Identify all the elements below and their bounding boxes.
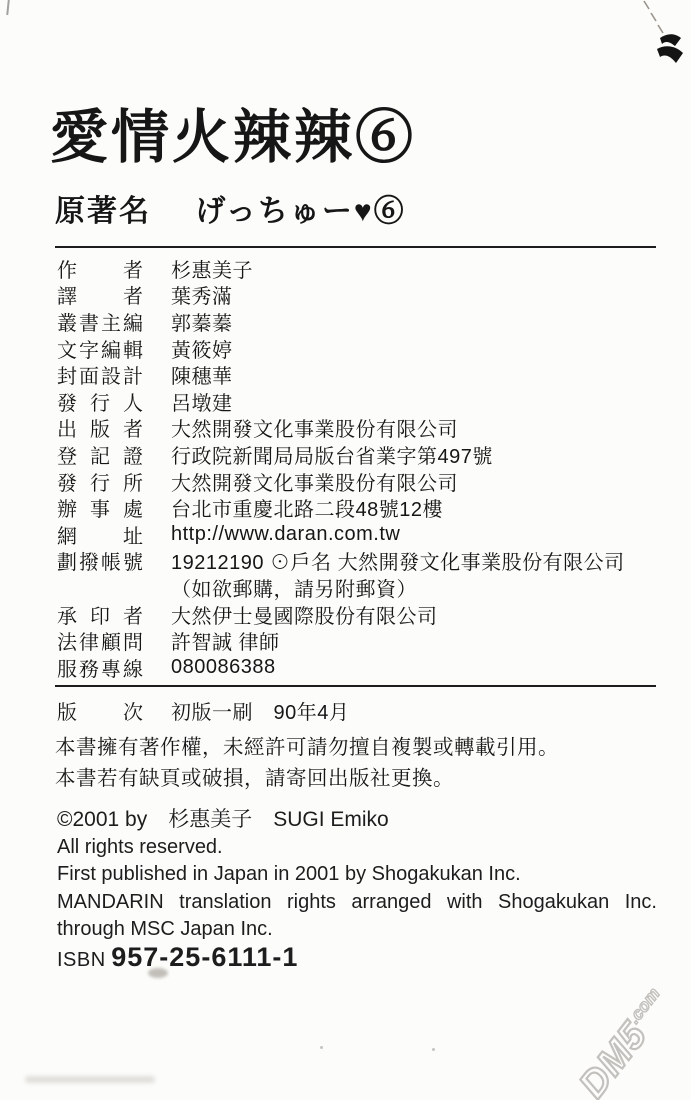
row-label: 網址 <box>57 520 143 549</box>
replacement-notice: 本書若有缺頁或破損，請寄回出版社更換。 <box>55 764 559 795</box>
english-copyright-block: ©2001 by 杉惠美子 SUGI Emiko All rights rese… <box>57 806 657 975</box>
row-value: 080086388 <box>171 656 276 679</box>
watermark-text: DM5 <box>571 1014 655 1100</box>
table-row: 發行所大然開發文化事業股份有限公司 <box>57 468 625 495</box>
scan-tick-artifact <box>6 0 10 15</box>
table-row: 劃撥帳號19212190 ⊙戶名 大然開發文化事業股份有限公司 <box>57 548 625 575</box>
table-row: 法律顧問許智誠 律師 <box>57 627 625 654</box>
edition-value: 初版一刷 90年4月 <box>171 696 349 725</box>
edition-row: 版次 初版一刷 90年4月 <box>57 696 349 725</box>
row-label: 辦事處 <box>57 493 143 522</box>
row-value: 陳穗華 <box>171 360 233 389</box>
website-url: http://www.daran.com.tw <box>171 523 400 546</box>
table-row: 承印者大然伊士曼國際股份有限公司 <box>57 601 625 628</box>
scan-speck-artifact <box>320 1046 323 1049</box>
isbn-label: ISBN <box>57 949 106 971</box>
row-label: 發行人 <box>57 387 143 416</box>
row-label: 登記證 <box>57 440 143 469</box>
original-title-row: 原著名 げっちゅー♥⑥ <box>55 186 406 230</box>
row-value: 郭蓁蓁 <box>171 307 233 336</box>
translation-rights-line: MANDARIN translation rights arranged wit… <box>57 889 657 917</box>
row-label: 叢書主編 <box>57 307 143 336</box>
row-value: 大然開發文化事業股份有限公司 <box>171 413 458 442</box>
book-title: 愛情火辣辣⑥ <box>50 90 416 174</box>
row-value: 黃筱婷 <box>171 334 233 363</box>
scan-speck-artifact <box>432 1048 435 1051</box>
row-label: 劃撥帳號 <box>57 546 143 575</box>
scan-smudge-artifact <box>148 968 168 978</box>
original-title-label: 原著名 <box>55 195 151 228</box>
row-label: 承印者 <box>57 600 143 629</box>
table-row-website: 網址http://www.daran.com.tw <box>57 521 625 548</box>
row-label: 文字編輯 <box>57 334 143 363</box>
divider-middle <box>55 685 656 687</box>
table-row: 作者杉惠美子 <box>57 255 625 282</box>
table-row: 叢書主編郭蓁蓁 <box>57 308 625 335</box>
dm5-watermark: DM5.com <box>563 976 682 1100</box>
rights-reserved-line: All rights reserved. <box>57 834 657 862</box>
row-value: 台北市重慶北路二段48號12樓 <box>171 493 443 522</box>
table-row: 辦事處台北市重慶北路二段48號12樓 <box>57 494 625 521</box>
table-row: 譯者葉秀滿 <box>57 282 625 309</box>
watermark-suffix: .com <box>624 984 663 1027</box>
table-row: 發行人呂墩建 <box>57 388 625 415</box>
divider-top <box>55 246 656 248</box>
isbn-number: 957-25-6111-1 <box>111 942 298 972</box>
postal-note: （如欲郵購，請另附郵資） <box>171 573 417 602</box>
publication-info-table: 作者杉惠美子 譯者葉秀滿 叢書主編郭蓁蓁 文字編輯黃筱婷 封面設計陳穗華 發行人… <box>57 255 625 681</box>
legal-notices: 本書擁有著作權，未經許可請勿擅自複製或轉載引用。 本書若有缺頁或破損，請寄回出版… <box>55 733 559 794</box>
row-value: 大然開發文化事業股份有限公司 <box>171 467 458 496</box>
isbn-line: ISBN 957-25-6111-1 <box>57 944 657 975</box>
row-value: 行政院新聞局局版台省業字第497號 <box>171 440 493 469</box>
row-label: 發行所 <box>57 467 143 496</box>
copyright-line: ©2001 by 杉惠美子 SUGI Emiko <box>57 806 657 834</box>
row-label: 出版者 <box>57 413 143 442</box>
table-row: 文字編輯黃筱婷 <box>57 335 625 362</box>
row-label: 法律顧問 <box>57 626 143 655</box>
original-title-value: げっちゅー♥⑥ <box>195 195 405 228</box>
table-row-note: （如欲郵購，請另附郵資） <box>57 574 625 601</box>
row-label: 封面設計 <box>57 360 143 389</box>
row-value: 大然伊士曼國際股份有限公司 <box>171 600 438 629</box>
table-row: 登記證行政院新聞局局版台省業字第497號 <box>57 441 625 468</box>
scan-smudge-artifact <box>25 1076 155 1083</box>
first-published-line: First published in Japan in 2001 by Shog… <box>57 861 657 889</box>
row-value: 19212190 ⊙戶名 大然開發文化事業股份有限公司 <box>171 546 625 575</box>
row-label: 服務專線 <box>57 653 143 682</box>
colophon-page: 愛情火辣辣⑥ 原著名 げっちゅー♥⑥ 作者杉惠美子 譯者葉秀滿 叢書主編郭蓁蓁 … <box>0 0 691 1100</box>
row-value: 許智誠 律師 <box>171 626 280 655</box>
table-row: 出版者大然開發文化事業股份有限公司 <box>57 415 625 442</box>
row-value: 葉秀滿 <box>171 280 233 309</box>
scan-scratch-artifact <box>622 0 691 75</box>
table-row: 封面設計陳穗華 <box>57 361 625 388</box>
row-label: 作者 <box>57 254 143 283</box>
row-label: 譯者 <box>57 280 143 309</box>
table-row: 服務專線080086388 <box>57 654 625 681</box>
through-line: through MSC Japan Inc. <box>57 916 657 944</box>
copyright-notice: 本書擁有著作權，未經許可請勿擅自複製或轉載引用。 <box>55 733 559 764</box>
edition-label: 版次 <box>57 696 143 725</box>
row-value: 呂墩建 <box>171 387 233 416</box>
row-value: 杉惠美子 <box>171 254 253 283</box>
